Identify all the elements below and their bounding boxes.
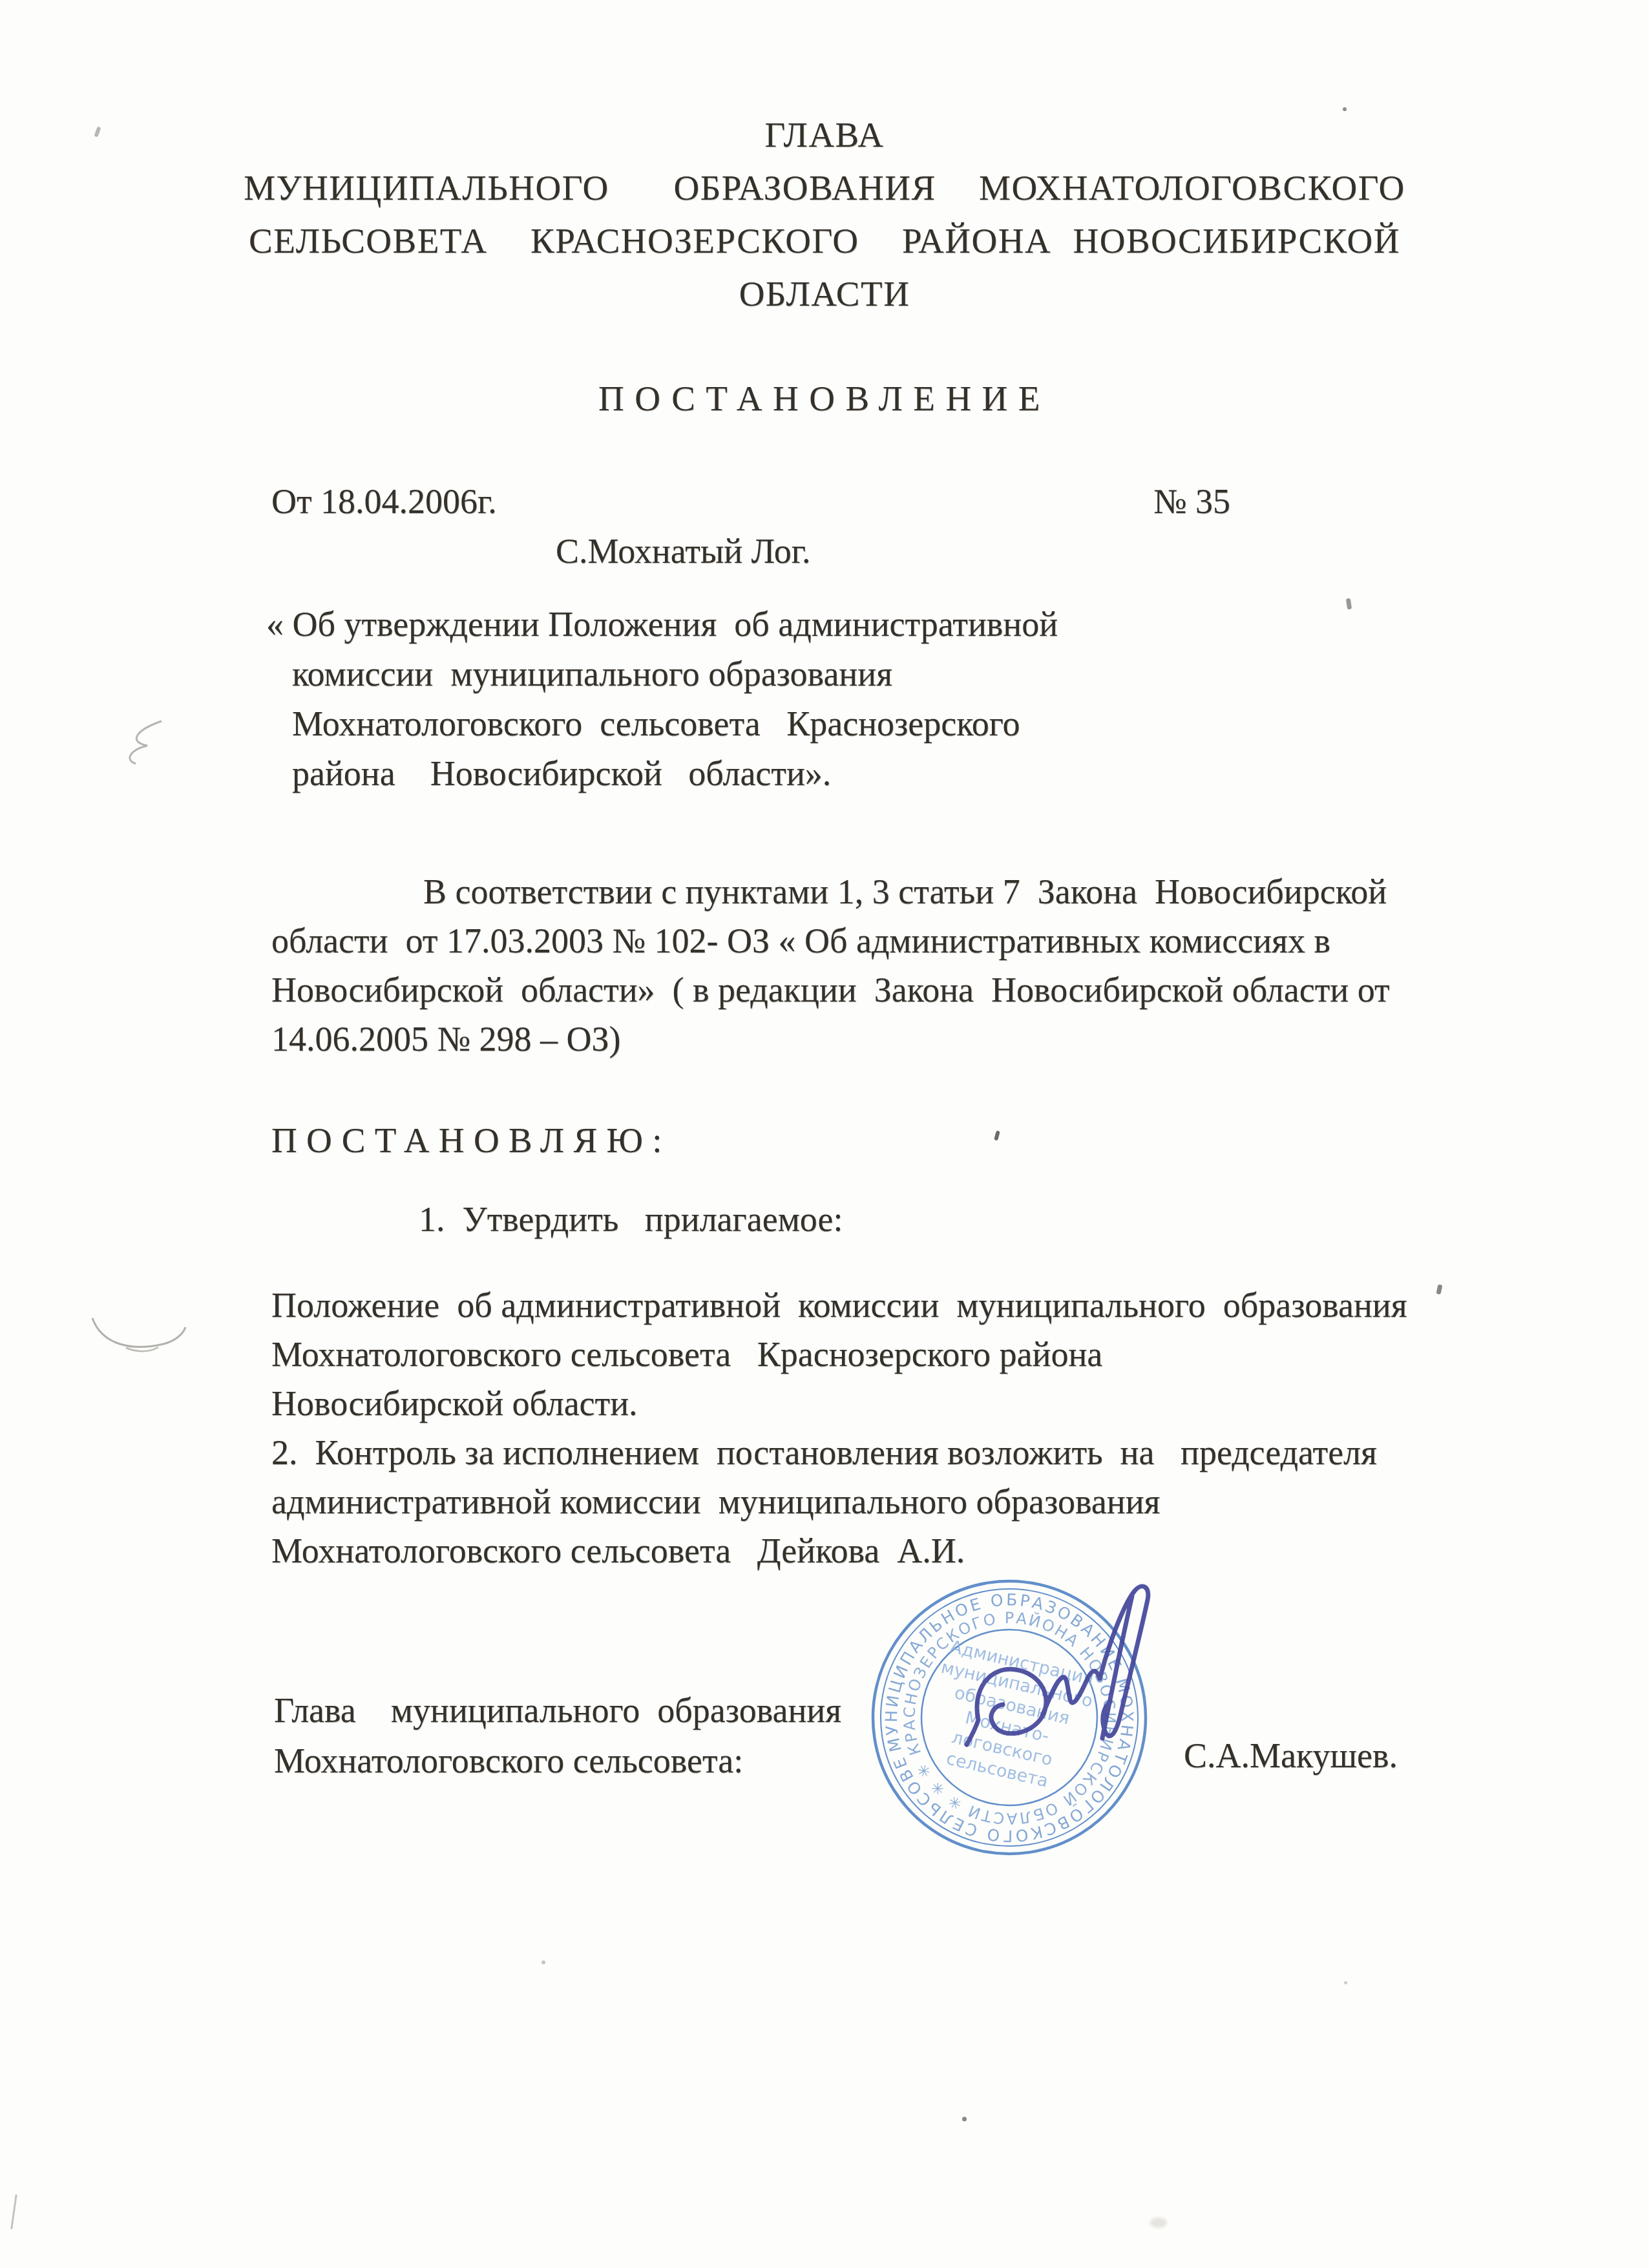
document-type-title: ПОСТАНОВЛЕНИЕ	[236, 378, 1413, 419]
document-page: ГЛАВА МУНИЦИПАЛЬНОГО ОБРАЗОВАНИЯ МОХНАТО…	[0, 0, 1649, 2268]
subject-line: района Новосибирской области».	[266, 749, 1058, 799]
preamble-line: В соответствии с пунктами 1, 3 статьи 7 …	[271, 867, 1441, 916]
letterhead-line: МУНИЦИПАЛЬНОГО ОБРАЗОВАНИЯ МОХНАТОЛОГОВС…	[236, 162, 1413, 215]
scan-artifact-edge-line	[10, 2194, 17, 2229]
signer-role-line: Глава муниципального образования	[274, 1685, 841, 1736]
document-place: С.Мохнатый Лог.	[556, 531, 810, 571]
scan-artifact-dot	[541, 1960, 545, 1964]
preamble-line: области от 17.03.2003 № 102- ОЗ « Об адм…	[271, 916, 1441, 965]
resolution-body: Положение об административной комиссии м…	[271, 1281, 1473, 1575]
signer-name: С.А.Макушев.	[1184, 1736, 1398, 1776]
scan-artifact-smudge	[1150, 2218, 1167, 2228]
body-line: административной комиссии муниципального…	[271, 1477, 1473, 1526]
scan-artifact-mark	[994, 1130, 1000, 1140]
subject-line: « Об утверждении Положения об администра…	[266, 600, 1058, 649]
official-stamp: МУНИЦИПАЛЬНОЕ ОБРАЗОВАНИЕ МОХНАТОЛОГОВСК…	[840, 1551, 1182, 1893]
scan-artifact-dot	[962, 2117, 967, 2121]
document-number: № 35	[1153, 481, 1230, 521]
preamble-paragraph: В соответствии с пунктами 1, 3 статьи 7 …	[271, 867, 1441, 1064]
document-date: От 18.04.2006г.	[271, 481, 497, 521]
body-line: Положение об административной комиссии м…	[271, 1281, 1473, 1330]
letterhead-line: ГЛАВА	[236, 109, 1413, 162]
signer-role-line: Мохнатологовского сельсовета:	[274, 1736, 841, 1786]
document-subject: « Об утверждении Положения об администра…	[266, 600, 1058, 799]
letterhead-line: СЕЛЬСОВЕТА КРАСНОЗЕРСКОГО РАЙОНА НОВОСИБ…	[236, 215, 1413, 268]
scan-artifact-mark	[1346, 598, 1352, 610]
letterhead: ГЛАВА МУНИЦИПАЛЬНОГО ОБРАЗОВАНИЯ МОХНАТО…	[236, 109, 1413, 320]
scan-artifact-pencil-curve	[87, 1299, 191, 1360]
body-line: Новосибирской области.	[271, 1379, 1473, 1428]
resolution-item-1: 1. Утвердить прилагаемое:	[419, 1199, 843, 1239]
scan-artifact-pencil-squiggle	[116, 716, 174, 774]
resolve-word: ПОСТАНОВЛЯЮ:	[271, 1120, 671, 1160]
scan-artifact-dot	[1344, 1981, 1347, 1984]
subject-line: Мохнатологовского сельсовета Краснозерск…	[266, 699, 1058, 749]
body-line: 2. Контроль за исполнением постановления…	[271, 1428, 1473, 1477]
preamble-line: 14.06.2005 № 298 – ОЗ)	[271, 1014, 1441, 1064]
letterhead-line: ОБЛАСТИ	[236, 268, 1413, 320]
signer-role: Глава муниципального образования Мохнато…	[274, 1685, 841, 1786]
stamp-center-text: Администрация муниципального образования…	[919, 1636, 1100, 1798]
preamble-line: Новосибирской области» ( в редакции Зако…	[271, 965, 1441, 1014]
body-line: Мохнатологовского сельсовета Краснозерск…	[271, 1330, 1473, 1379]
subject-line: комиссии муниципального образования	[266, 649, 1058, 699]
scan-artifact-dot	[1343, 107, 1347, 111]
scan-artifact-tick	[94, 126, 101, 137]
